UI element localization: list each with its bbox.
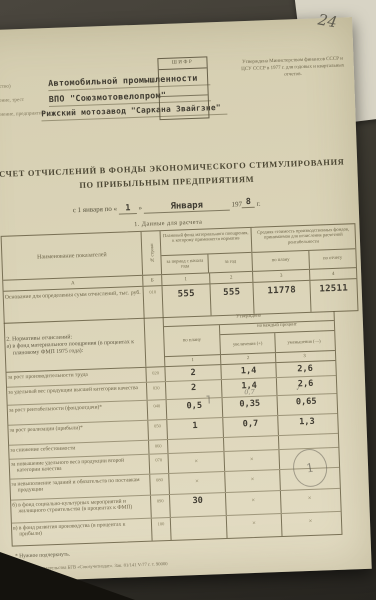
row-number: 050 [148,420,168,440]
period-prefix: с 1 января по « [73,205,118,215]
value-decrease: 1,3 [278,414,336,435]
row-number: 020 [146,367,165,382]
form-label-ministry: стерство (ведомство) [0,82,46,91]
value-increase: 0,35 [223,396,279,417]
value-plan: 11778 [253,281,311,314]
value-decrease: × [281,489,339,513]
value-decrease: 2,6 [277,376,335,395]
table-calculation-data: Наименование показателей № строки Планов… [1,223,359,324]
value-decrease: 0,65 [278,394,336,415]
row-number: 030 [147,382,167,400]
value-decrease [279,434,336,449]
form-paper: стерство (ведомство) Автомобильной промы… [0,17,372,583]
document-title: РАСЧЕТ ОТЧИСЛЕНИЙ В ФОНДЫ ЭКОНОМИЧЕСКОГО… [0,155,356,196]
period-year-digit: 8 [242,197,255,208]
col-by-plan: по плану [164,325,221,356]
col-line-number: № строки [142,231,163,275]
value-increase: × [227,514,283,538]
value-increase: × [224,450,280,471]
value-plan: 2 [166,380,223,399]
value-increase: × [225,470,281,492]
period-suffix: г. [257,200,261,208]
value-plan: × [169,452,226,473]
letter-1: 1 [162,273,210,285]
approval-note: Утверждена Министерством финансов СССР и… [239,55,346,80]
letter-2: 2 [210,272,253,284]
value-plan [168,438,224,453]
value-decrease: 2,6 [276,361,333,377]
row-number: 010 [144,286,164,318]
col-by-report: по отчету [309,249,356,269]
value-period: 555 [163,284,212,317]
value-year: 555 [210,283,254,316]
letter-b: Б [143,275,162,286]
handwritten-bracket-mark [206,396,209,404]
footnote: * Нужное подчеркнуть. [15,552,70,560]
line-number-column [145,317,166,367]
value-plan: 1 [167,418,224,439]
print-credit: Типография издательства БГВ «Союзучетизд… [15,558,285,573]
value-increase: × [226,491,282,515]
row-number: 070 [150,454,170,474]
group-bonus-fund-title: Плановый фонд материального поощрения, к… [161,228,252,255]
col-for-year: за год [209,253,252,273]
approved-header: Утверждено по плану на каждый процент ув… [164,311,336,366]
table-deduction-norms: 2. Нормативы отчислений: а) в фонд матер… [4,311,343,547]
col-period-from-year-start: за период с начала года [161,254,209,274]
letter-3: 3 [253,270,310,282]
period-year-preprint: 197 [231,200,242,208]
group-asset-cost: Средняя стоимость производственных фондо… [251,224,355,271]
group-bonus-fund: Плановый фонд материального поощрения, к… [161,228,253,274]
row-number: 090 [151,495,171,518]
row-label: Основание для определения сумм отчислени… [4,287,145,323]
value-plan: × [169,472,226,494]
handwritten-pencil-value: 0,7 [244,388,255,396]
col-increase: увеличения (+) [220,333,276,354]
letter-4: 4 [310,268,356,280]
row-label: в) в фонд развития производства (в проце… [12,519,153,546]
value-increase [224,436,279,451]
code-box-row [159,68,208,97]
value-increase: 1,4 [221,363,276,379]
row-number: 080 [150,474,170,495]
handwritten-page-mark: 24 [317,10,339,31]
line-number-label: № строки [148,243,154,262]
value-plan [171,516,228,540]
value-plan: 30 [170,493,227,517]
form-label-association: еление объединение, трест [0,96,47,105]
value-increase: 0,7 [223,416,279,437]
row-number: 100 [152,518,172,541]
value-plan: 2 [165,365,221,381]
period-month: Января [144,200,230,214]
col-decrease: уменьшения (—) [275,331,333,352]
value-plan: 0,5 [167,398,224,419]
code-box: ШИФР [157,56,209,120]
value-report: 12511 [310,279,357,312]
col-indicators: Наименование показателей [2,232,143,280]
period-day: 1 [119,203,137,215]
value-decrease: × [282,512,340,536]
row-number: 060 [149,440,168,454]
section-2-line2: а) в фонд материального поощрения (в про… [12,339,142,358]
period-close-quote: » [138,204,142,212]
col-by-plan: по плану [252,251,310,271]
row-number: 040 [148,400,168,420]
section-2-heading: 2. Нормативы отчислений: а) в фонд матер… [5,318,147,372]
scanned-document-page: 24 стерство (ведомство) Автомобильной пр… [0,0,376,600]
